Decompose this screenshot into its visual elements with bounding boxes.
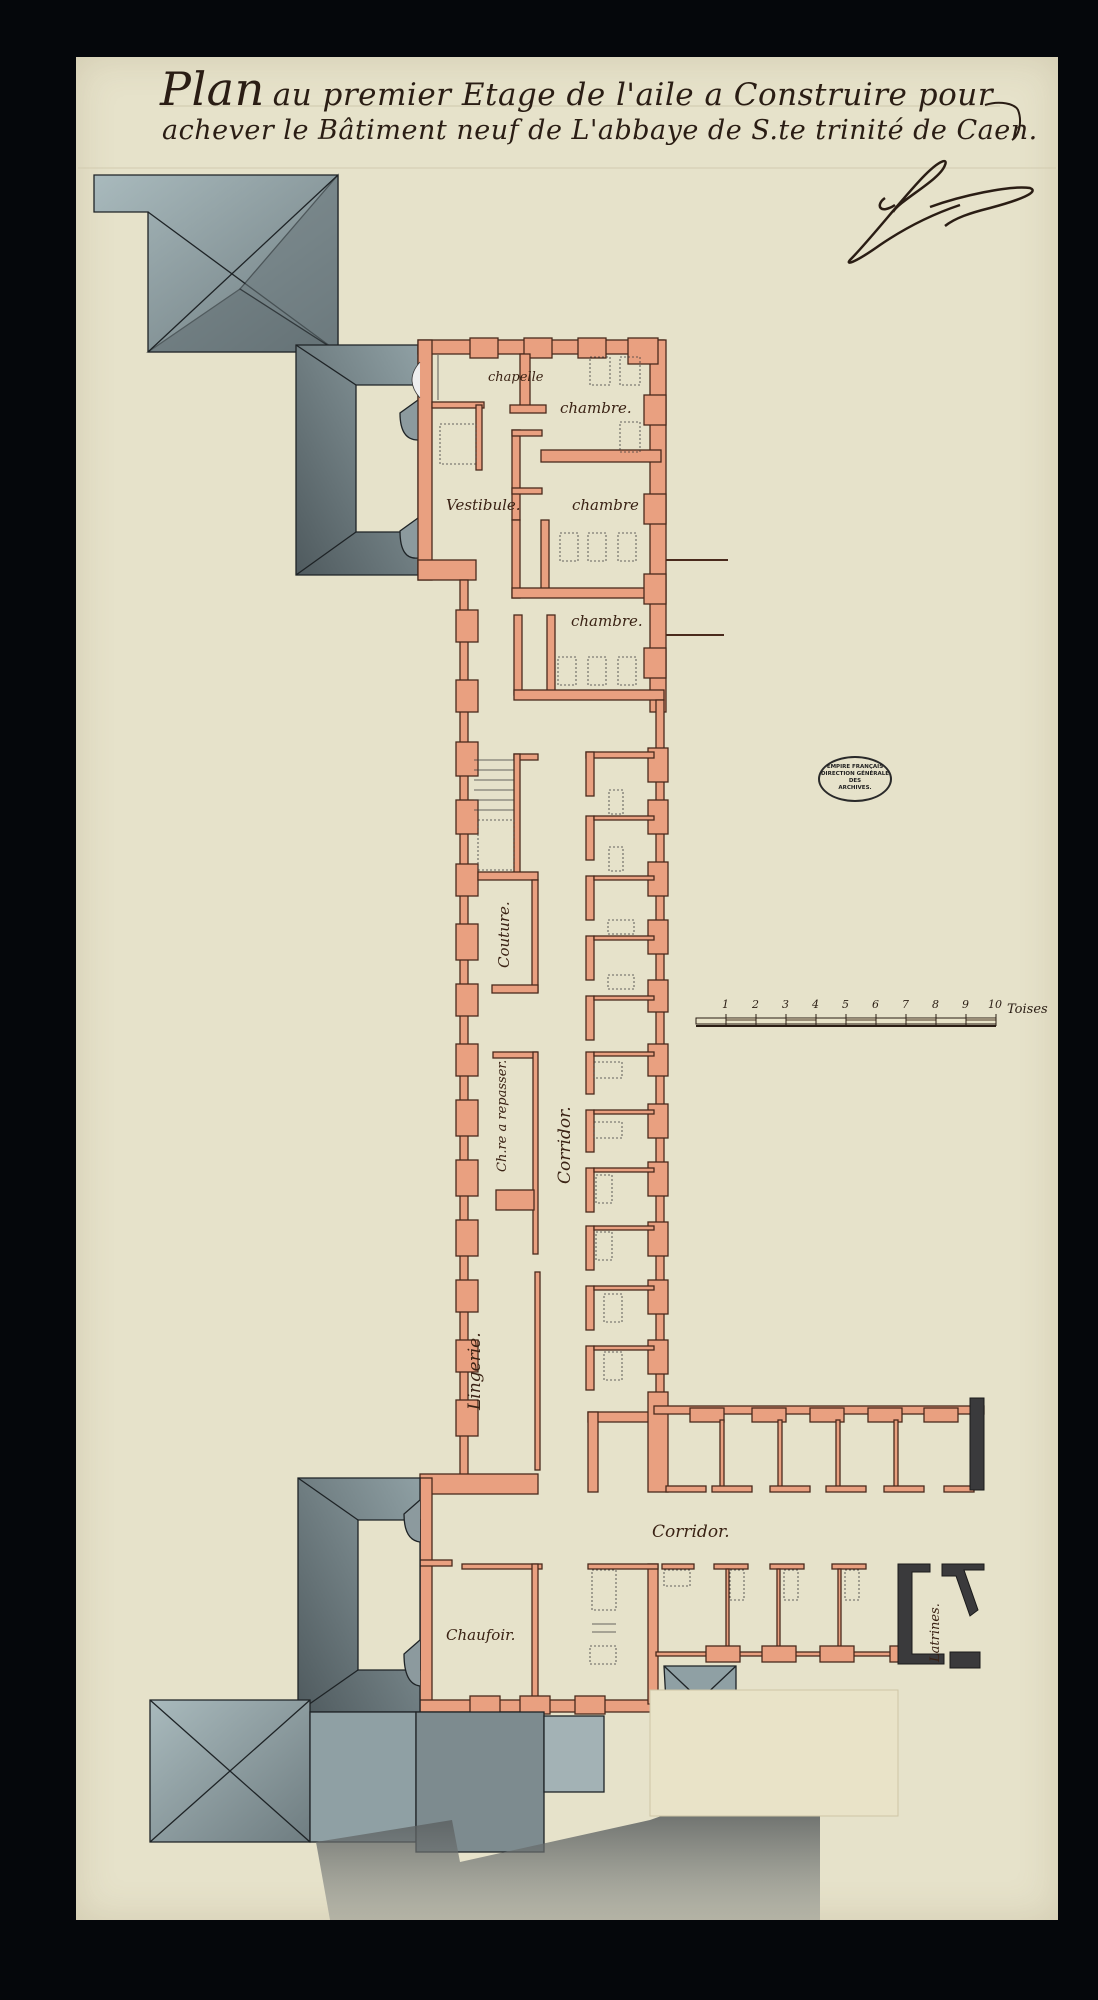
room-label-corridor-horizontal: Corridor. <box>652 1522 730 1542</box>
room-label-ch-a-repasser: Ch.re a repasser. <box>495 1060 510 1172</box>
scale-tick-3: 3 <box>782 998 789 1011</box>
existing-roof-top <box>94 175 418 575</box>
stamp-line-2: DIRECTION GÉNÉRALE <box>820 771 890 778</box>
title-line-2: achever le Bâtiment neuf de L'abbaye de … <box>162 115 1038 146</box>
title-line-1-text: au premier Etage de l'aile a Construire … <box>273 77 993 113</box>
archives-stamp: EMPIRE FRANÇAIS DIRECTION GÉNÉRALE DES A… <box>818 756 892 802</box>
room-label-chapelle: chapelle <box>488 370 543 385</box>
scale-tick-2: 2 <box>752 998 759 1011</box>
stamp-line-1: EMPIRE FRANÇAIS <box>820 764 890 771</box>
room-label-latrines: Latrines. <box>928 1603 943 1662</box>
scale-bar <box>696 1014 996 1026</box>
scale-tick-7: 7 <box>902 998 909 1011</box>
blank-paper-patch <box>650 1690 898 1816</box>
room-label-vestibule: Vestibule. <box>446 496 521 514</box>
room-label-chambre-2: chambre <box>572 496 639 514</box>
title-line-1: Planau premier Etage de l'aile a Constru… <box>160 62 993 116</box>
room-label-corridor-vertical: Corridor. <box>555 1106 575 1184</box>
title-initial: Plan <box>160 62 265 116</box>
scale-tick-10: 10 <box>988 998 1002 1011</box>
scale-tick-1: 1 <box>722 998 729 1011</box>
room-label-chambre-3: chambre. <box>571 612 643 630</box>
room-label-chaufoir: Chaufoir. <box>446 1626 515 1644</box>
scale-tick-4: 4 <box>812 998 819 1011</box>
room-label-chambre-1: chambre. <box>560 399 632 417</box>
scale-tick-8: 8 <box>932 998 939 1011</box>
stamp-line-4: ARCHIVES. <box>820 785 890 792</box>
scale-tick-9: 9 <box>962 998 969 1011</box>
room-label-couture: Couture. <box>495 901 513 968</box>
scale-tick-5: 5 <box>842 998 849 1011</box>
scale-unit: Toises <box>1007 1002 1048 1017</box>
signature-paraph <box>849 161 1033 262</box>
stamp-line-3: DES <box>820 778 890 785</box>
scale-tick-6: 6 <box>872 998 879 1011</box>
room-label-lingerie: Lingerie. <box>465 1332 485 1410</box>
